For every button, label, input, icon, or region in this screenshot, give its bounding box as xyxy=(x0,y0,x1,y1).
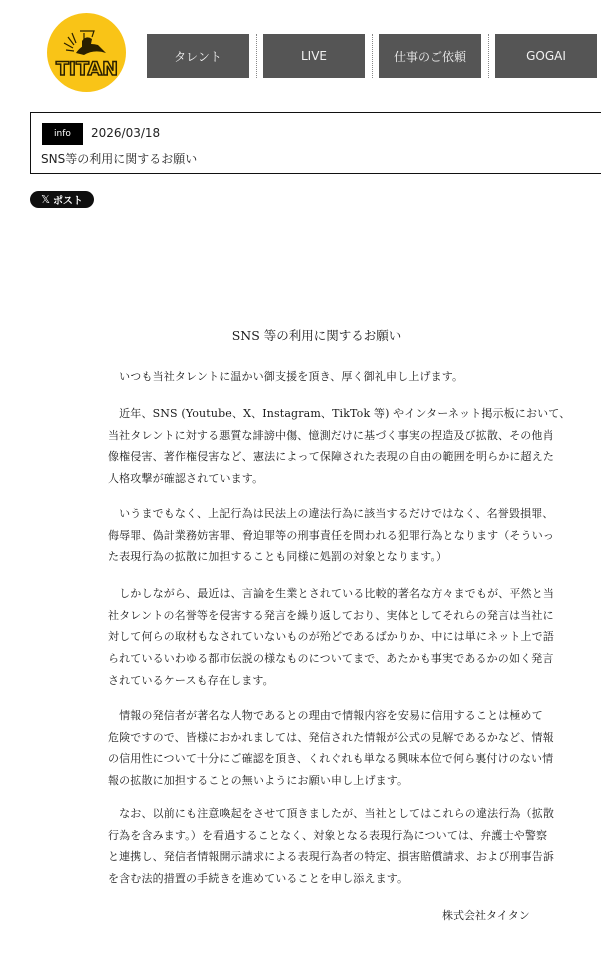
notice-paragraph: 近年、SNS (Youtube、X、Instagram、TikTok 等) やイ… xyxy=(108,403,528,490)
svg-text:TITAN: TITAN xyxy=(55,58,117,80)
notice-paragraph: いつも当社タレントに温かい御支援を頂き、厚く御礼申し上げます。 xyxy=(108,366,528,388)
nav-divider xyxy=(365,34,379,78)
nav-divider xyxy=(249,34,263,78)
nav-item-gogai[interactable]: GOGAI xyxy=(495,34,597,78)
notice-paragraph: 情報の発信者が著名な人物であるとの理由で情報内容を安易に信用することは極めて危険… xyxy=(108,705,528,792)
titan-logo[interactable]: TITAN xyxy=(47,13,126,92)
post-button-label: ポスト xyxy=(53,192,83,207)
paragraph-line: を含む法的措置の手続きを進めていることを申し添えます。 xyxy=(108,868,528,890)
nav-divider xyxy=(481,34,495,78)
paragraph-line: 社タレントの名誉等を侵害する発言を繰り返しており、実体としてそれらの発言は当社に xyxy=(108,605,528,627)
paragraph-line: 像権侵害、著作権侵害など、憲法によって保障された表現の自由の範囲を明らかに超えた xyxy=(108,446,528,468)
notice-signature: 株式会社タイタン xyxy=(442,907,530,923)
news-header-box: info 2026/03/18 SNS等の利用に関するお願い xyxy=(30,112,601,174)
paragraph-line: 報の拡散に加担することの無いようにお願い申し上げます。 xyxy=(108,770,528,792)
paragraph-line: しかしながら、最近は、言論を生業とされている比較的著名な方々までもが、平然と当 xyxy=(108,583,528,605)
paragraph-line: 危険ですので、皆様におかれましては、発信された情報が公式の見解であるかなど、情報 xyxy=(108,727,528,749)
x-logo-icon: 𝕏 xyxy=(41,193,50,206)
paragraph-line: 侮辱罪、偽計業務妨害罪、脅迫罪等の刑事責任を問われる犯罪行為となります（そういっ xyxy=(108,525,528,547)
category-badge: info xyxy=(42,123,83,145)
post-date: 2026/03/18 xyxy=(91,126,160,140)
notice-title: SNS 等の利用に関するお願い xyxy=(0,326,601,344)
notice-paragraph: いうまでもなく、上記行為は民法上の違法行為に該当するだけではなく、名誉毀損罪、侮… xyxy=(108,503,528,568)
paragraph-line: 当社タレントに対する悪質な誹謗中傷、憶測だけに基づく事実の捏造及び拡散、その他肖 xyxy=(108,425,528,447)
paragraph-line: の信用性について十分にご確認を頂き、くれぐれも単なる興味本位で何ら裏付けのない情 xyxy=(108,748,528,770)
paragraph-line: いうまでもなく、上記行為は民法上の違法行為に該当するだけではなく、名誉毀損罪、 xyxy=(108,503,528,525)
main-nav: タレント LIVE 仕事のご依頼 GOGAI xyxy=(147,34,597,78)
paragraph-line: 行為を含みます。）を看過することなく、対象となる表現行為については、弁護士や警察 xyxy=(108,825,528,847)
paragraph-line: 情報の発信者が著名な人物であるとの理由で情報内容を安易に信用することは極めて xyxy=(108,705,528,727)
nav-item-live[interactable]: LIVE xyxy=(263,34,365,78)
paragraph-line: 対して何らの取材もなされていないものが殆どであるばかりか、中には単にネット上で語 xyxy=(108,626,528,648)
notice-paragraph: なお、以前にも注意喚起をさせて頂きましたが、当社としてはこれらの違法行為（拡散行… xyxy=(108,803,528,890)
paragraph-line: いつも当社タレントに温かい御支援を頂き、厚く御礼申し上げます。 xyxy=(108,366,528,388)
paragraph-line: なお、以前にも注意喚起をさせて頂きましたが、当社としてはこれらの違法行為（拡散 xyxy=(108,803,528,825)
x-post-button[interactable]: 𝕏 ポスト xyxy=(30,191,94,208)
notice-paragraph: しかしながら、最近は、言論を生業とされている比較的著名な方々までもが、平然と当社… xyxy=(108,583,528,692)
paragraph-line: た表現行為の拡散に加担することも同様に処罰の対象となります。） xyxy=(108,546,528,568)
post-title: SNS等の利用に関するお願い xyxy=(41,150,197,167)
paragraph-line: されているケースも存在します。 xyxy=(108,670,528,692)
paragraph-line: 人格攻撃が確認されています。 xyxy=(108,468,528,490)
paragraph-line: 近年、SNS (Youtube、X、Instagram、TikTok 等) やイ… xyxy=(108,403,528,425)
nav-item-talent[interactable]: タレント xyxy=(147,34,249,78)
nav-item-work-request[interactable]: 仕事のご依頼 xyxy=(379,34,481,78)
paragraph-line: と連携し、発信者情報開示請求による表現行為者の特定、損害賠償請求、および刑事告訴 xyxy=(108,846,528,868)
paragraph-line: られているいわゆる都市伝説の様なものについてまで、あたかも事実であるかの如く発言 xyxy=(108,648,528,670)
titan-logo-icon: TITAN xyxy=(54,23,120,83)
